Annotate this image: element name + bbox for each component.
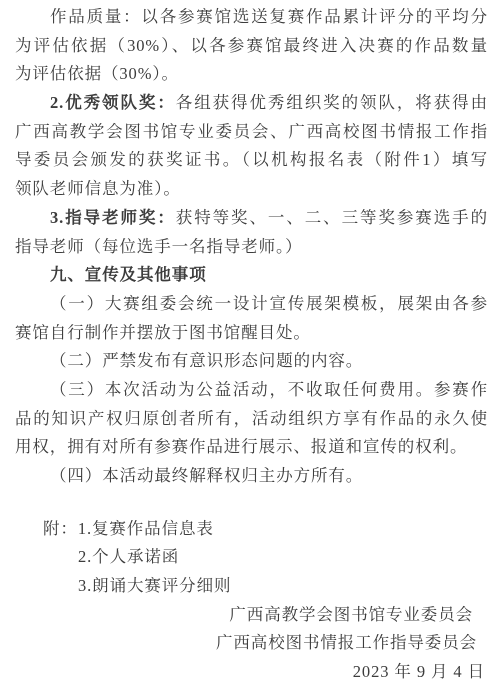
blank-gap (15, 491, 488, 515)
attachments-line: 3.朗诵大赛评分细则 (15, 572, 488, 601)
line-text: 作品质量：以各参赛馆选送复赛作品累计评分的平均分 (50, 7, 488, 26)
signature-date-text: 2023 年 9 月 4 日 (353, 662, 485, 681)
line-text: 广西高教学会图书馆专业委员会、广西高校图书情报工作指 (15, 122, 488, 141)
text-line: 用权，拥有对所有参赛作品进行展示、报道和宣传的权利。 (15, 433, 488, 462)
line-text: （四）本活动最终解释权归主办方所有。 (50, 466, 363, 485)
section-heading: 九、宣传及其他事项 (15, 261, 488, 290)
signature-org-text: 广西高教学会图书馆专业委员会 (229, 605, 473, 624)
line-text: 领队老师信息为准）。 (15, 179, 181, 198)
text-line: （二）严禁发布有意识形态问题的内容。 (15, 347, 488, 376)
document-page: 作品质量：以各参赛馆选送复赛作品累计评分的平均分 为评估依据（30%）、以各参赛… (0, 0, 500, 689)
line-text: 各组获得优秀组织奖的领队，将获得由 (176, 93, 488, 112)
text-line: 作品质量：以各参赛馆选送复赛作品累计评分的平均分 (15, 3, 488, 32)
text-line: （四）本活动最终解释权归主办方所有。 (15, 462, 488, 491)
line-text: 赛馆自行制作并摆放于图书馆醒目处。 (15, 323, 311, 342)
line-text: 指导老师（每位选手一名指导老师。） (15, 237, 303, 256)
signature-date: 2023 年 9 月 4 日 (15, 658, 488, 687)
line-text: 为评估依据（30%）、以各参赛馆最终进入决赛的作品数量 (15, 36, 488, 55)
line-text: 为评估依据（30%）。 (15, 64, 179, 83)
attachment-item: 3.朗诵大赛评分细则 (78, 576, 231, 595)
text-line: （三）本次活动为公益活动，不收取任何费用。参赛作 (15, 376, 488, 405)
signature-org-text: 广西高校图书情报工作指导委员会 (216, 633, 477, 652)
attachment-item: 1.复赛作品信息表 (78, 519, 214, 538)
attachments-line: 附：1.复赛作品信息表 (15, 515, 488, 544)
line-text: 品的知识产权归原创者所有，活动组织方享有作品的永久使 (15, 409, 488, 428)
line-text: 用权，拥有对所有参赛作品进行展示、报道和宣传的权利。 (15, 437, 467, 456)
text-line: 品的知识产权归原创者所有，活动组织方享有作品的永久使 (15, 405, 488, 434)
text-line: 广西高教学会图书馆专业委员会、广西高校图书情报工作指 (15, 118, 488, 147)
text-line: 3.指导老师奖：获特等奖、一、二、三等奖参赛选手的 (15, 204, 488, 233)
text-line: 指导老师（每位选手一名指导老师。） (15, 233, 488, 262)
heading-text: 九、宣传及其他事项 (50, 265, 207, 284)
attachments-line: 2.个人承诺函 (15, 543, 488, 572)
text-line: （一）大赛组委会统一设计宣传展架模板，展架由各参 (15, 290, 488, 319)
text-line: 导委员会颁发的获奖证书。（以机构报名表（附件1）填写 (15, 146, 488, 175)
line-text: （一）大赛组委会统一设计宣传展架模板，展架由各参 (50, 294, 488, 313)
text-line: 为评估依据（30%）。 (15, 60, 488, 89)
line-text: （二）严禁发布有意识形态问题的内容。 (50, 351, 363, 370)
signature-org: 广西高教学会图书馆专业委员会 (15, 601, 488, 630)
text-line: 2.优秀领队奖：各组获得优秀组织奖的领队，将获得由 (15, 89, 488, 118)
award-title-bold: 2.优秀领队奖： (50, 93, 176, 112)
attachment-item: 2.个人承诺函 (78, 547, 179, 566)
text-line: 为评估依据（30%）、以各参赛馆最终进入决赛的作品数量 (15, 32, 488, 61)
line-text: 导委员会颁发的获奖证书。（以机构报名表（附件1）填写 (15, 150, 488, 169)
line-text: 获特等奖、一、二、三等奖参赛选手的 (176, 208, 488, 227)
attachment-label: 附： (43, 519, 78, 538)
text-line: 领队老师信息为准）。 (15, 175, 488, 204)
text-line: 赛馆自行制作并摆放于图书馆醒目处。 (15, 319, 488, 348)
award-title-bold: 3.指导老师奖： (50, 208, 176, 227)
line-text: （三）本次活动为公益活动，不收取任何费用。参赛作 (50, 380, 488, 399)
signature-org: 广西高校图书情报工作指导委员会 (15, 629, 488, 658)
